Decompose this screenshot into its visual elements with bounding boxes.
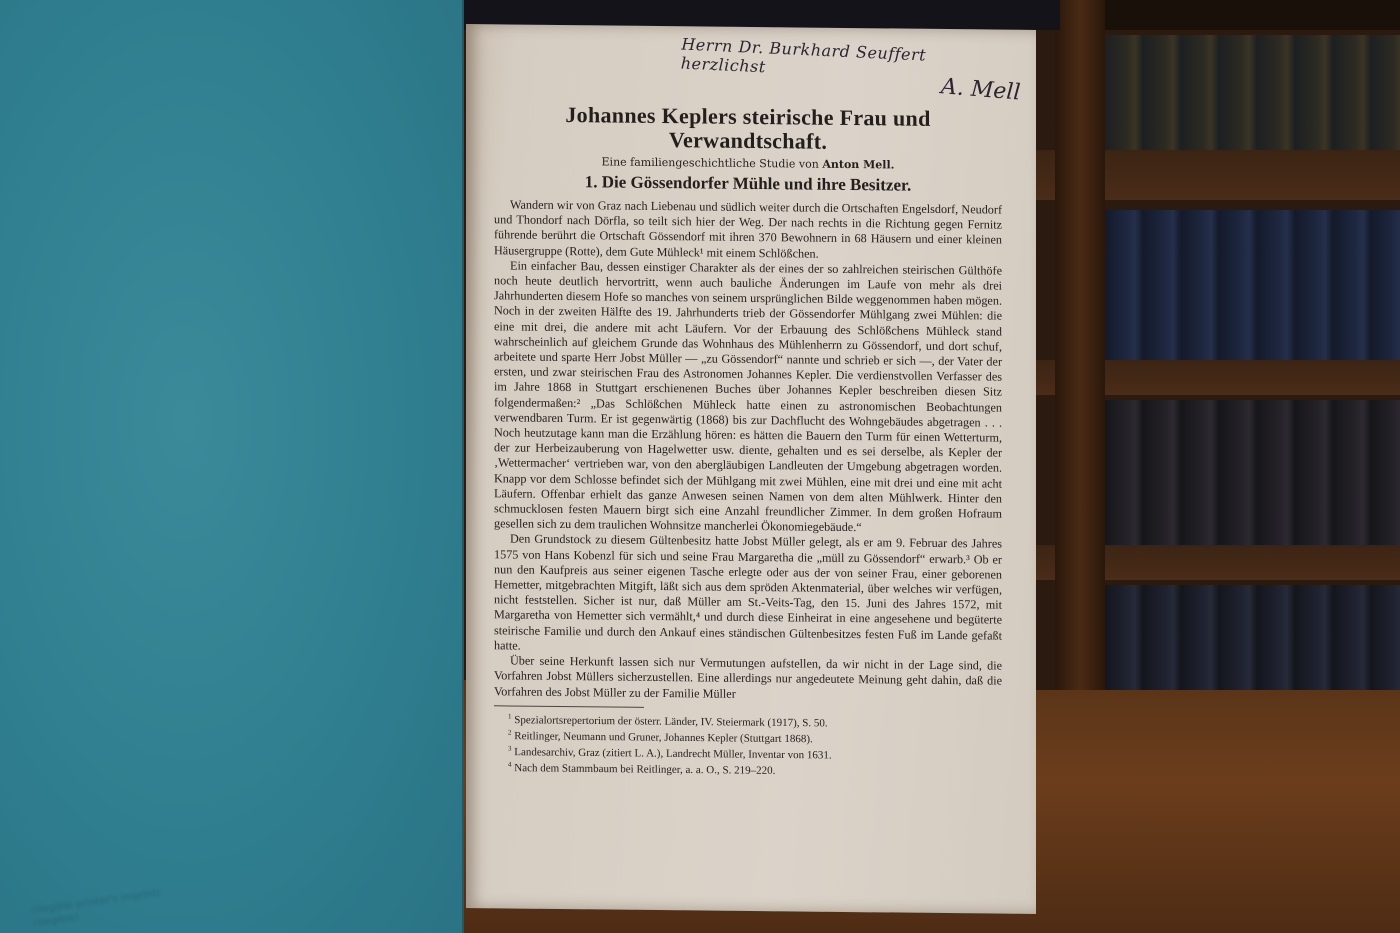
- cover-imprint: (illegible printer's imprint) (illegible…: [30, 856, 371, 931]
- teal-cover: (illegible printer's imprint) (illegible…: [0, 0, 464, 933]
- handwritten-signature: A. Mell: [940, 74, 1021, 105]
- paragraph: Über seine Herkunft lassen sich nur Verm…: [494, 653, 1002, 704]
- paragraph: Den Grundstock zu diesem Gültenbesitz ha…: [494, 532, 1002, 659]
- shelf-books-row-2: [1105, 210, 1400, 360]
- article: Johannes Keplers steirische Frau und Ver…: [494, 102, 1002, 780]
- article-subtitle: Eine familiengeschichtliche Studie von A…: [494, 154, 1002, 172]
- paragraph: Ein einfacher Bau, dessen einstiger Char…: [494, 258, 1002, 537]
- shelf-books-row-4: [1105, 585, 1400, 690]
- footnote-divider: [494, 705, 644, 708]
- bookshelf-post: [1055, 0, 1105, 690]
- book-page: Herrn Dr. Burkhard Seuffert herzlichst A…: [466, 24, 1036, 914]
- shelf-books-row-3: [1105, 400, 1400, 545]
- article-title: Johannes Keplers steirische Frau und Ver…: [494, 102, 1002, 155]
- section-heading: 1. Die Gössendorfer Mühle und ihre Besit…: [494, 171, 1002, 196]
- shelf-books-row-1: [1105, 35, 1400, 150]
- paragraph: Wandern wir von Graz nach Liebenau und s…: [494, 197, 1002, 263]
- author-name: Anton Mell.: [822, 158, 894, 172]
